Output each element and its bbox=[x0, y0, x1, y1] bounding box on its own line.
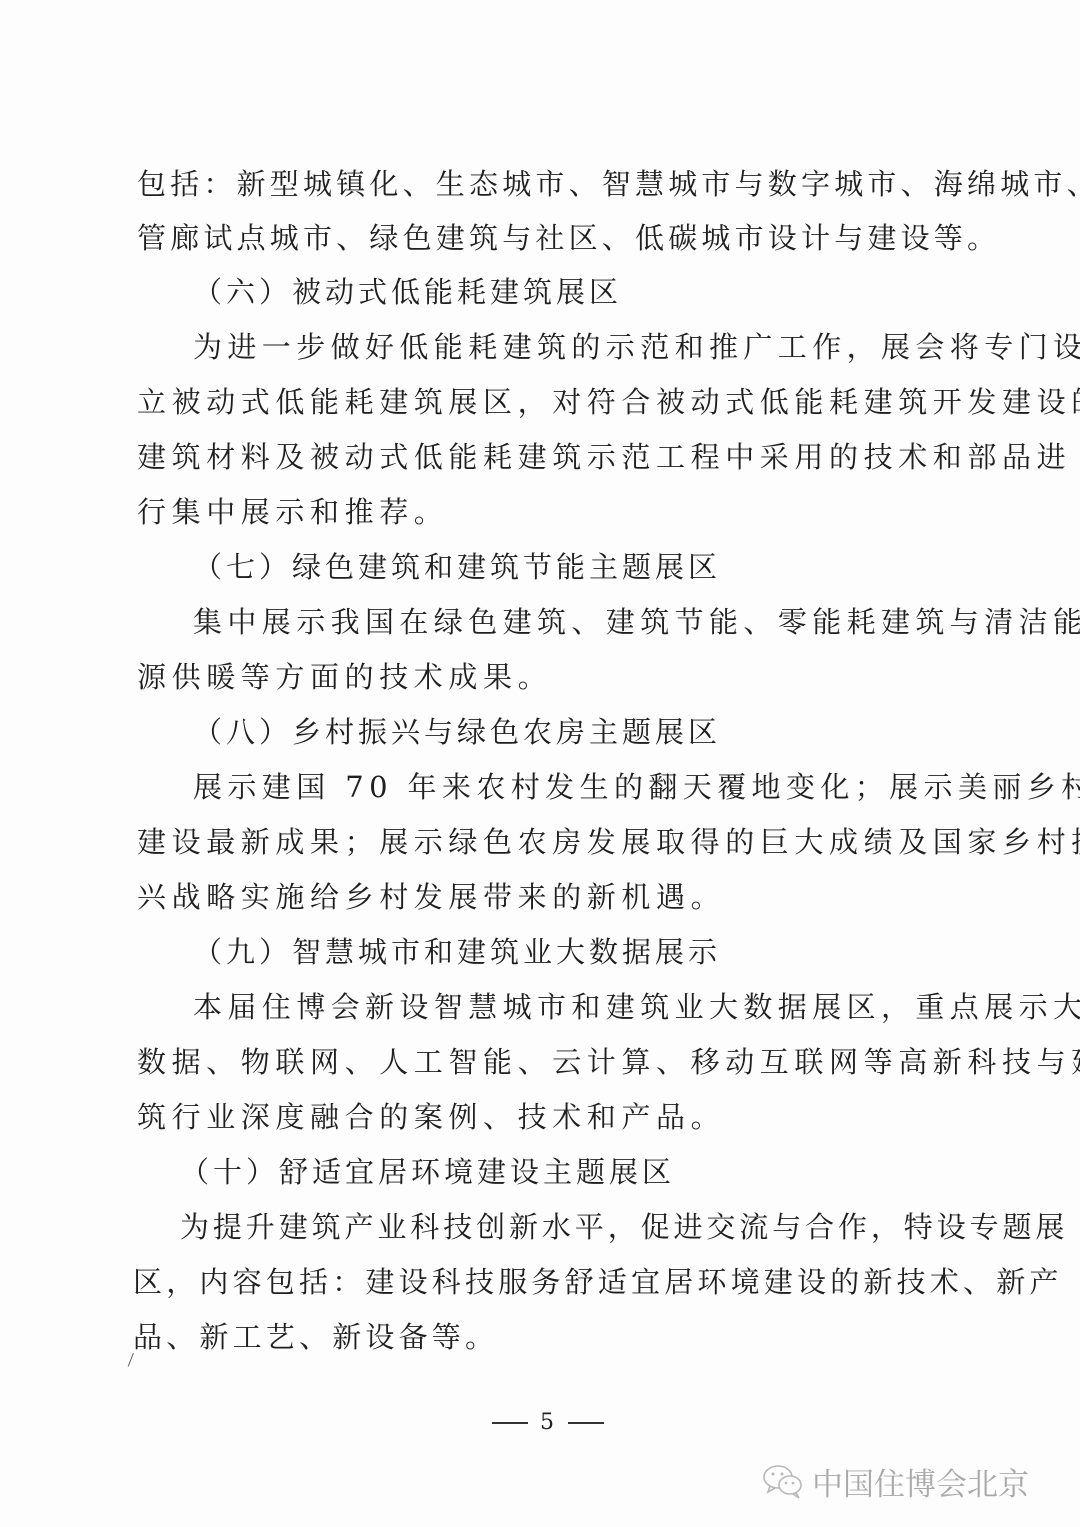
page-number: 5 bbox=[492, 1409, 604, 1437]
paragraph-line: 本届住博会新设智慧城市和建筑业大数据展区，重点展示大 bbox=[193, 987, 1013, 1027]
paragraph-line: 建筑材料及被动式低能耗建筑示范工程中采用的技术和部品进 bbox=[137, 437, 957, 477]
wechat-icon bbox=[762, 1462, 804, 1500]
section-heading-6: （六）被动式低能耗建筑展区 bbox=[193, 272, 1013, 312]
page-number-dash-left bbox=[492, 1422, 528, 1424]
watermark-text: 中国住博会北京 bbox=[812, 1459, 1029, 1504]
page-number-value: 5 bbox=[540, 1409, 556, 1437]
document-page: 包括：新型城镇化、生态城市、智慧城市与数字城市、海绵城市、 管廊试点城市、绿色建… bbox=[0, 0, 1080, 1527]
page-number-dash-right bbox=[568, 1422, 604, 1424]
paragraph-line: 数据、物联网、人工智能、云计算、移动互联网等高新科技与建 bbox=[137, 1042, 957, 1082]
paragraph-line: 行集中展示和推荐。 bbox=[137, 492, 957, 532]
paragraph-line: 立被动式低能耗建筑展区，对符合被动式低能耗建筑开发建设的 bbox=[137, 382, 957, 422]
paragraph-line: 包括：新型城镇化、生态城市、智慧城市与数字城市、海绵城市、 bbox=[137, 164, 957, 204]
paragraph-line: 建设最新成果；展示绿色农房发展取得的巨大成绩及国家乡村振 bbox=[137, 822, 957, 862]
wechat-watermark: 中国住博会北京 bbox=[762, 1458, 1029, 1504]
paragraph-line: 品、新工艺、新设备等。 bbox=[133, 1317, 953, 1357]
paragraph-line: 为进一步做好低能耗建筑的示范和推广工作，展会将专门设 bbox=[193, 327, 1013, 367]
paragraph-line: 展示建国 70 年来农村发生的翻天覆地变化；展示美丽乡村 bbox=[193, 767, 1013, 807]
section-heading-9: （九）智慧城市和建筑业大数据展示 bbox=[193, 932, 1013, 972]
paragraph-line: 兴战略实施给乡村发展带来的新机遇。 bbox=[137, 877, 957, 917]
section-heading-7: （七）绿色建筑和建筑节能主题展区 bbox=[193, 547, 1013, 587]
paragraph-line: 源供暖等方面的技术成果。 bbox=[137, 657, 957, 697]
section-heading-10: （十）舒适宜居环境建设主题展区 bbox=[180, 1152, 1000, 1192]
paragraph-line: 为提升建筑产业科技创新水平，促进交流与合作，特设专题展 bbox=[180, 1207, 1000, 1247]
paragraph-line: 区，内容包括：建设科技服务舒适宜居环境建设的新技术、新产 bbox=[133, 1262, 953, 1302]
paragraph-line: 管廊试点城市、绿色建筑与社区、低碳城市设计与建设等。 bbox=[137, 218, 957, 258]
section-heading-8: （八）乡村振兴与绿色农房主题展区 bbox=[193, 712, 1013, 752]
paragraph-line: 筑行业深度融合的案例、技术和产品。 bbox=[137, 1097, 957, 1137]
paragraph-line: 集中展示我国在绿色建筑、建筑节能、零能耗建筑与清洁能 bbox=[193, 602, 1013, 642]
